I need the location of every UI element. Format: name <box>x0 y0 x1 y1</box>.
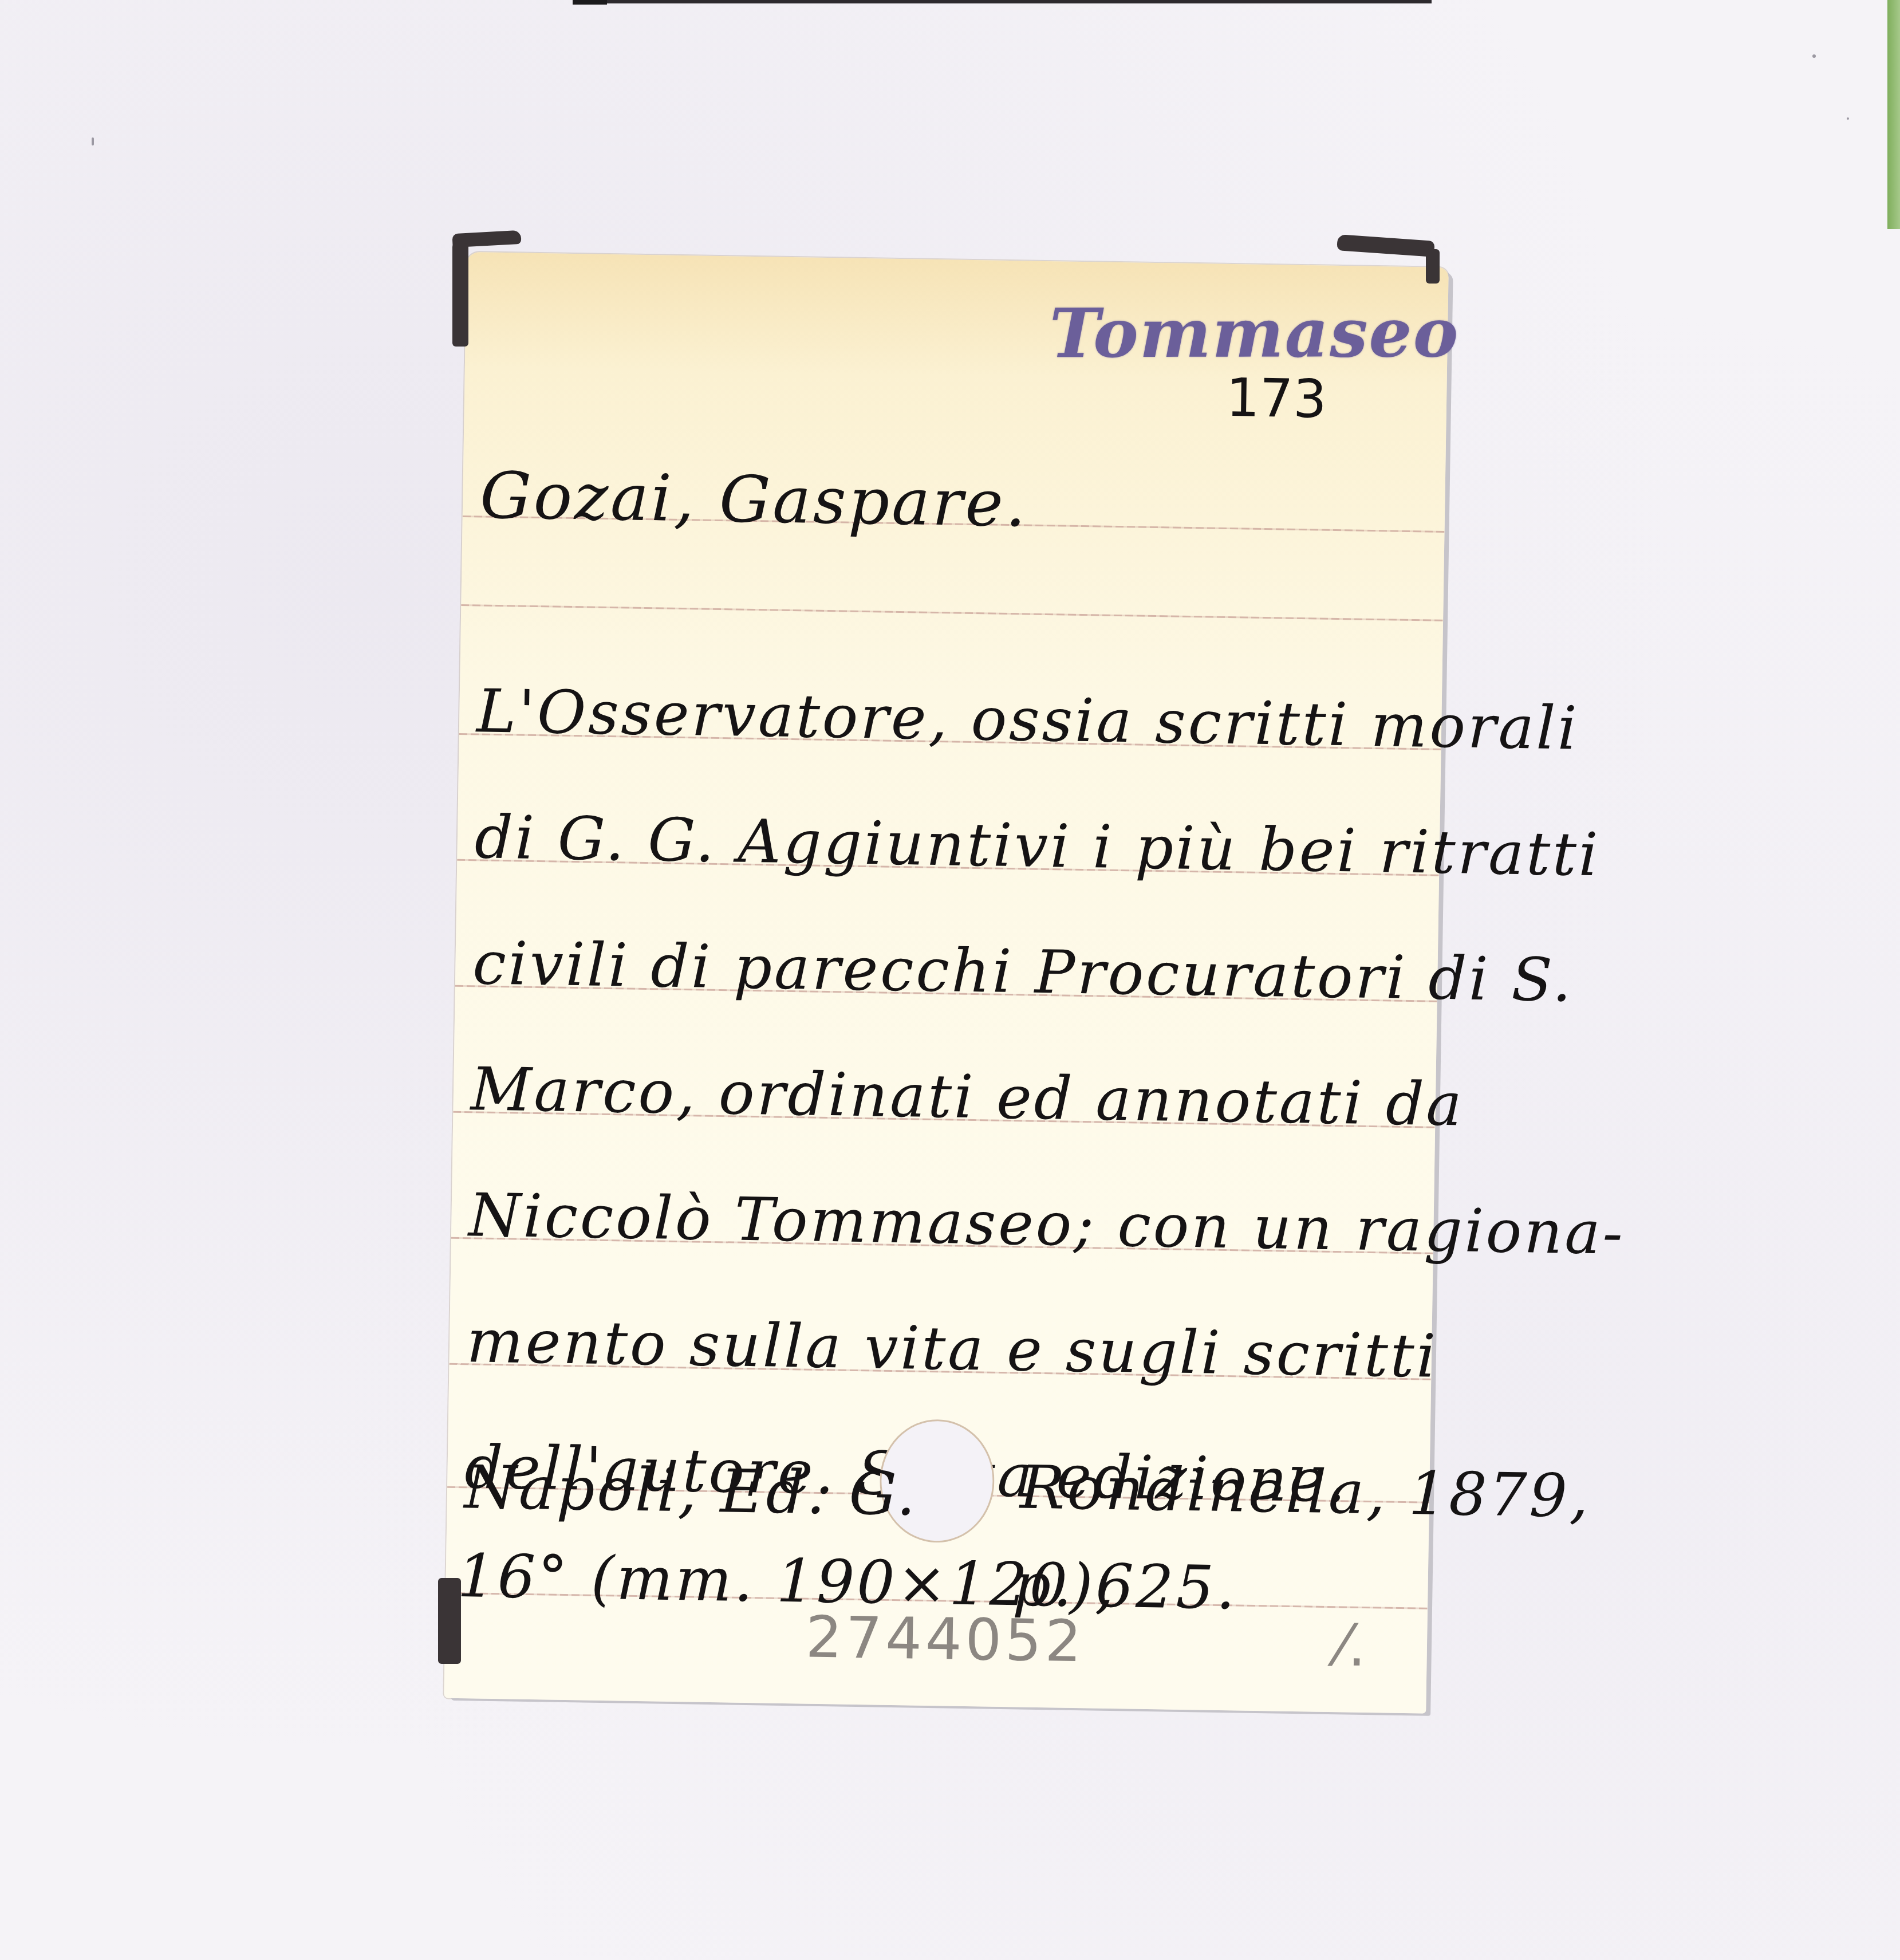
title-line: L'Osservatore, ossia scritti morali <box>476 676 1579 763</box>
metal-clip-right-arm <box>1426 249 1440 284</box>
title-line: mento sulla vita e sugli scritti <box>466 1306 1438 1391</box>
inventory-number: 2744052 <box>805 1604 1085 1675</box>
title-line: Marco, ordinati ed annotati da <box>470 1054 1464 1139</box>
library-stamp: Tommaseo <box>1050 293 1460 373</box>
metal-clip-top-right <box>1337 234 1435 257</box>
dust-speck <box>92 137 94 145</box>
title-line: civili di parecchi Procuratori di S. <box>472 928 1575 1015</box>
catalog-card: Tommaseo 173 Gozai, Gaspare. L'Osservato… <box>444 252 1448 1714</box>
metal-clip-bottom-left <box>438 1578 461 1664</box>
dust-speck <box>1812 54 1816 58</box>
scan-top-edge <box>573 0 1432 3</box>
dust-speck <box>1847 117 1849 120</box>
scan-top-edge-dark <box>573 0 607 5</box>
green-folder-edge <box>1887 0 1900 229</box>
author-heading: Gozai, Gaspare. <box>479 458 1028 541</box>
imprint-place-publisher: Napoli, Ed. G. <box>464 1452 919 1529</box>
metal-clip-left-arm <box>452 243 468 347</box>
check-mark: ⁄. <box>1338 1612 1366 1679</box>
title-line: di G. G. Aggiuntivi i più bei ritratti <box>474 802 1601 890</box>
ruled-line <box>461 604 1443 621</box>
call-number: 173 <box>1225 367 1327 430</box>
imprint-publisher-year: Rondinella, 1879, <box>1019 1452 1591 1531</box>
title-line: Niccolò Tommaseo; con un ragiona- <box>468 1180 1626 1268</box>
